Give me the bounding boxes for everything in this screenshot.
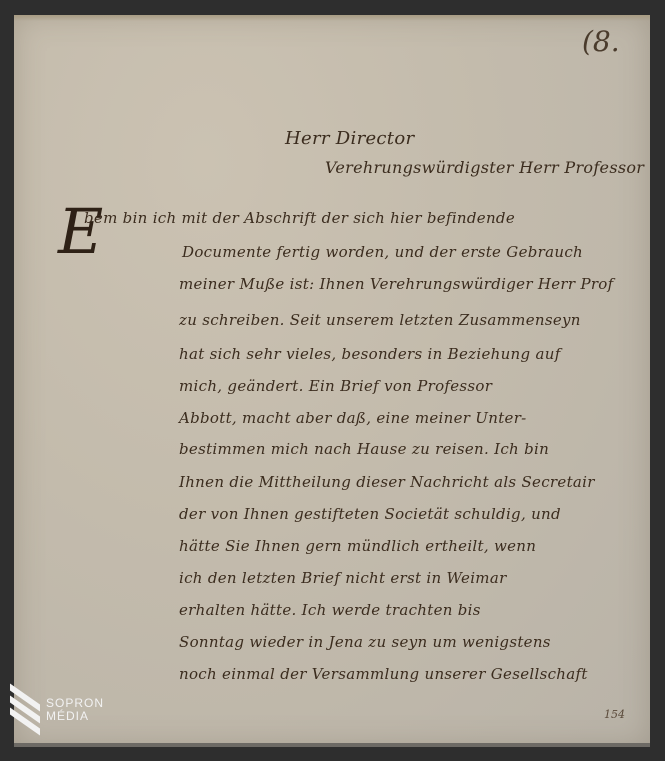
body-line: erhalten hätte. Ich werde trachten bis xyxy=(179,601,481,619)
sopron-media-logo-icon xyxy=(10,692,40,728)
folio-number: (8. xyxy=(582,25,620,58)
page-number: 154 xyxy=(604,708,625,721)
body-line: meiner Muße ist: Ihnen Verehrungswürdige… xyxy=(179,275,614,293)
body-line: bestimmen mich nach Hause zu reisen. Ich… xyxy=(179,440,549,458)
body-line: noch einmal der Versammlung unserer Gese… xyxy=(179,665,588,683)
body-line: ich den letzten Brief nicht erst in Weim… xyxy=(179,569,507,587)
watermark-logo: SOPRON MÉDIA xyxy=(10,692,104,728)
body-line: zu schreiben. Seit unserem letzten Zusam… xyxy=(179,311,581,329)
body-line: der von Ihnen gestifteten Societät schul… xyxy=(179,505,561,523)
body-line: hat sich sehr vieles, besonders in Bezie… xyxy=(179,345,561,363)
salutation-line-2: Verehrungswürdigster Herr Professor xyxy=(325,158,644,177)
watermark-line-2: MÉDIA xyxy=(46,710,104,723)
salutation-line-1: Herr Director xyxy=(285,128,414,149)
body-line: Ihnen die Mittheilung dieser Nachricht a… xyxy=(179,473,595,491)
body-line: Documente fertig worden, und der erste G… xyxy=(182,243,583,261)
watermark-text: SOPRON MÉDIA xyxy=(46,697,104,723)
body-line: Abbott, macht aber daß, eine meiner Unte… xyxy=(179,409,527,427)
initial-letter: E xyxy=(58,195,103,268)
scan-frame: (8. Herr Director Verehrungswürdigster H… xyxy=(0,0,665,761)
body-line: bem bin ich mit der Abschrift der sich h… xyxy=(84,209,515,227)
body-line: mich, geändert. Ein Brief von Professor xyxy=(179,377,492,395)
body-line: Sonntag wieder in Jena zu seyn um wenigs… xyxy=(179,633,551,651)
manuscript-page: (8. Herr Director Verehrungswürdigster H… xyxy=(14,15,650,747)
body-line: hätte Sie Ihnen gern mündlich ertheilt, … xyxy=(179,537,536,555)
